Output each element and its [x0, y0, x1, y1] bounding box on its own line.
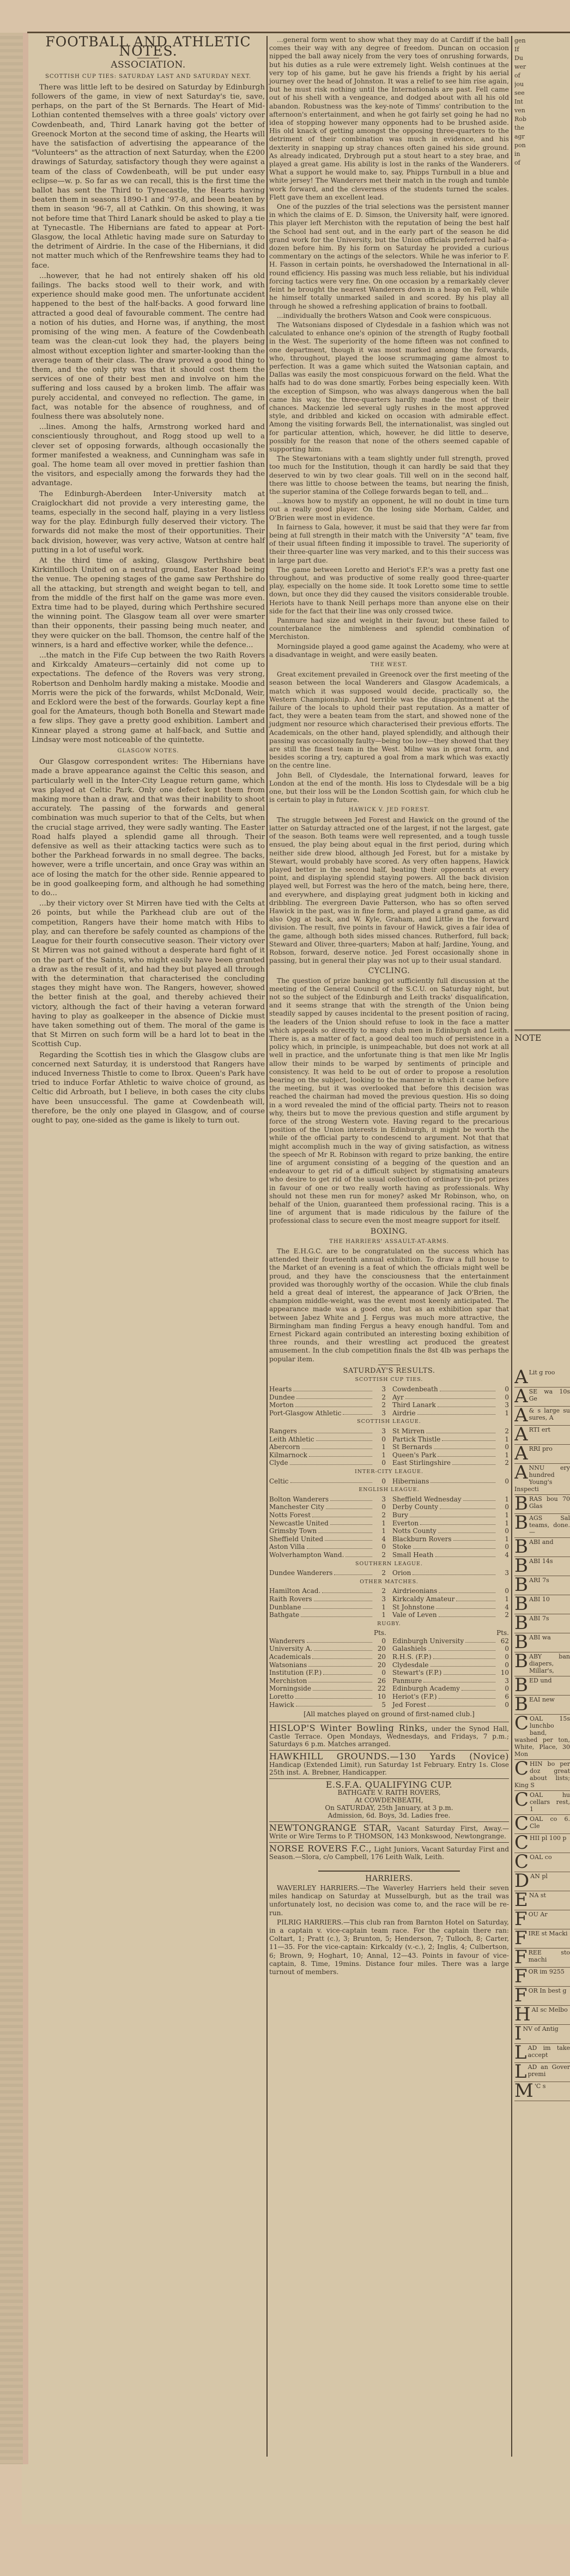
away-team: Notts County [392, 1527, 436, 1535]
drop-cap: B [514, 1558, 528, 1574]
leader-dots [453, 1535, 495, 1541]
away-team: Heriot's (F.P.) [392, 1693, 437, 1701]
drop-cap: F [514, 1968, 527, 1984]
away-team: St Bernards [392, 1443, 432, 1451]
cropped-text-fragment: gen [514, 37, 570, 44]
classified-ad-fragment: FOR In best g [514, 1987, 570, 2006]
pts-label: Pts. [374, 1629, 386, 1637]
home-score: 3 [374, 1427, 386, 1435]
away-score: 2 [497, 1459, 509, 1467]
leader-dots [290, 1459, 372, 1465]
classified-ad-fragment: FOR im 9255 [514, 1968, 570, 1987]
classified-ad-fragment: FOU Ar [514, 1910, 570, 1929]
classified-ad-fragment: FREE sto machi [514, 1948, 570, 1968]
leader-dots [296, 1701, 372, 1707]
divider [318, 1871, 460, 1872]
ad-text: NA st [529, 1892, 546, 1899]
ad-text: OAL co [530, 1854, 552, 1861]
cropped-text-fragment: see [514, 89, 570, 96]
ad-text: OAL hu cellars rest, 1 [530, 1791, 570, 1813]
section-heading-harriers: HARRIERS. [269, 1875, 509, 1883]
home-score: 2 [374, 1511, 386, 1519]
classified-ad-fragment: BAGS Sal teams, done.— [514, 1514, 570, 1538]
classified-ad-fragment: CHIN bo per doz great about lists; King … [514, 1760, 570, 1791]
leader-dots [465, 1637, 495, 1643]
away-score: 3 [497, 1569, 509, 1577]
drop-cap: A [514, 1388, 528, 1404]
away-score: 0 [497, 1661, 509, 1669]
away-team: Vale of Leven [392, 1611, 437, 1619]
leader-dots [313, 1685, 372, 1691]
drop-cap: A [514, 1369, 528, 1385]
leader-dots [323, 1669, 372, 1675]
away-team: Blackburn Rovers [392, 1535, 452, 1543]
column-rule [266, 36, 268, 2457]
page-title: FOOTBALL AND ATHLETIC NOTES. [32, 37, 265, 56]
leader-dots [436, 1603, 495, 1609]
leader-dots [430, 1477, 495, 1483]
article-paragraph: ...general form went to show what they m… [269, 36, 509, 202]
article-paragraph: The Watsonians disposed of Clydesdale in… [269, 321, 509, 454]
leader-dots [413, 1569, 495, 1575]
leader-dots [296, 1393, 372, 1399]
ad-text: AD im take accept [528, 2044, 570, 2059]
home-team: Morton [269, 1401, 294, 1409]
facing-page-edge [0, 33, 23, 2464]
leader-dots [314, 1595, 372, 1601]
away-score: 0 [497, 1645, 509, 1653]
leader-dots [452, 1459, 495, 1465]
drop-cap: D [514, 1873, 529, 1889]
drop-cap: B [514, 1495, 528, 1512]
subheading-glasgow-notes: GLASGOW NOTES. [32, 746, 265, 756]
ad-text: ABI 7s [529, 1615, 549, 1622]
cropped-text-fragment: ven [514, 107, 570, 114]
drop-cap: L [514, 2064, 527, 2080]
home-team: Institution (F.P.) [269, 1669, 322, 1677]
article-paragraph: At the third time of asking, Glasgow Per… [32, 556, 265, 650]
away-team: Everton [392, 1519, 419, 1528]
away-score: 1 [497, 1519, 509, 1528]
away-team: Clydesdale [392, 1661, 429, 1669]
home-team: Abercorn [269, 1443, 300, 1451]
leader-dots [334, 1569, 372, 1575]
away-team: St Johnstone [392, 1603, 434, 1612]
result-row: Aston Villa0Stoke0 [269, 1543, 509, 1551]
results-group-heading: SCOTTISH LEAGUE. [269, 1418, 509, 1426]
leader-dots [434, 1443, 495, 1449]
home-score: 22 [374, 1685, 386, 1693]
article-paragraph: Our Glasgow correspondent writes: The Hi… [32, 757, 265, 898]
drop-cap: B [514, 1539, 528, 1555]
cropped-text-fragment: in [514, 150, 570, 158]
classified-ad-fragment: ARRI pro [514, 1445, 570, 1464]
classified-ad: NORSE ROVERS F.C., Light Juniors, Vacant… [269, 1842, 509, 1863]
classified-ad-fragment: COAL co [514, 1853, 570, 1872]
result-row: Hawick5Jed Forest0 [269, 1701, 509, 1709]
article-paragraph: One of the puzzles of the trial selectio… [269, 203, 509, 311]
drop-cap: A [514, 1464, 528, 1481]
article-paragraph: WAVERLEY HARRIERS.—The Waverley Harriers… [269, 1884, 509, 1917]
ad-text: NV of Antig [523, 2025, 558, 2032]
article-paragraph: The game between Loretto and Heriot's F.… [269, 566, 509, 616]
away-score: 0 [497, 1477, 509, 1486]
ad-lead: HAWKHILL GROUNDS.—130 Yards (Novice) [269, 1751, 509, 1761]
home-score: 2 [374, 1393, 386, 1402]
classified-ad-fragment: ARTI ert [514, 1426, 570, 1445]
away-team: Stoke [392, 1543, 411, 1551]
classified-ad-fragment: CHII pl 100 p [514, 1834, 570, 1853]
esfa-title: E.S.F.A. QUALIFYING CUP. [269, 1781, 509, 1789]
away-score: 1 [497, 1535, 509, 1543]
ad-text: ABI 10 [529, 1596, 550, 1603]
drop-cap: A [514, 1426, 528, 1443]
ad-text: RRI pro [529, 1445, 553, 1452]
article-paragraph: The E.H.G.C. are to be congratulated on … [269, 1247, 509, 1364]
esfa-venue: At COWDENBEATH, [269, 1796, 509, 1804]
section-heading-association: ASSOCIATION. [32, 61, 265, 70]
article-paragraph: In fairness to Gala, however, it must be… [269, 523, 509, 565]
away-team: Galashiels [392, 1645, 427, 1653]
result-row: Morningside22Edinburgh Academy0 [269, 1685, 509, 1693]
ad-text: RAS bou 70 Glas [529, 1495, 570, 1510]
ad-text: AD an Gover premi [528, 2064, 570, 2078]
home-team: Notts Forest [269, 1511, 311, 1519]
away-team: Orion [392, 1569, 411, 1577]
away-team: Airdrieonians [392, 1587, 437, 1595]
esfa-cup-notice: E.S.F.A. QUALIFYING CUP. BATHGATE V. RAI… [269, 1778, 509, 1821]
drop-cap: F [514, 1949, 527, 1965]
away-score: 0 [497, 1527, 509, 1535]
leader-dots [318, 1527, 372, 1533]
away-score: 0 [497, 1503, 509, 1511]
home-team: Grimsby Town [269, 1527, 317, 1535]
home-score: 0 [374, 1459, 386, 1467]
home-team: Merchiston [269, 1677, 307, 1685]
away-score: 1 [497, 1511, 509, 1519]
drop-cap: A [514, 1445, 528, 1462]
home-score: 20 [374, 1653, 386, 1661]
away-team: Derby County [392, 1503, 438, 1511]
home-score: 1 [374, 1611, 386, 1619]
home-score: 1 [374, 1443, 386, 1451]
section-heading-cycling: CYCLING. [269, 967, 509, 975]
cropped-text-fragment: Int [514, 98, 570, 105]
classified-ad-fragment: BARI 7s [514, 1576, 570, 1595]
classified-ad-fragment: BRAS bou 70 Glas [514, 1495, 570, 1514]
leader-dots [302, 1443, 372, 1449]
classified-ad-fragment: BABI 10 [514, 1595, 570, 1614]
column-3-cropped: genIfDuwerofjouseeIntvenRobtheagrponinof… [514, 36, 570, 2473]
away-team: Ayr [392, 1393, 404, 1402]
article-paragraph: The Edinburgh-Aberdeen Inter-University … [32, 490, 265, 555]
away-team: Bury [392, 1511, 408, 1519]
drop-cap: B [514, 1596, 528, 1612]
away-score: 0 [497, 1701, 509, 1709]
result-row: Morton2Third Lanark3 [269, 1401, 509, 1409]
leader-dots [308, 1661, 372, 1667]
article-paragraph: The question of prize banking got suffic… [269, 977, 509, 1226]
result-row: Abercorn1St Bernards0 [269, 1443, 509, 1451]
result-row: Dundee Wanderers2Orion3 [269, 1569, 509, 1577]
leader-dots [308, 1677, 372, 1683]
leader-dots [322, 1587, 372, 1593]
home-score: 2 [374, 1551, 386, 1559]
classified-ad-fragment: BABI wa [514, 1633, 570, 1652]
column-2: ...general form went to show what they m… [269, 36, 509, 1977]
leader-dots [299, 1427, 372, 1433]
away-team: Jed Forest [392, 1701, 426, 1709]
cropped-text-fragment: pon [514, 142, 570, 149]
ad-text: ARI 7s [529, 1577, 549, 1584]
classified-ad-fragment: A& s large su sures, A [514, 1407, 570, 1426]
home-team: Hamilton Acad. [269, 1587, 320, 1595]
header-rule [27, 32, 570, 33]
home-team: Port-Glasgow Athletic [269, 1409, 341, 1417]
leader-dots [433, 1653, 495, 1659]
drop-cap: B [514, 1634, 528, 1650]
away-score: 0 [497, 1443, 509, 1451]
classified-ad-fragment: COAL hu cellars rest, 1 [514, 1791, 570, 1815]
home-team: Raith Rovers [269, 1595, 312, 1603]
home-score: 0 [374, 1503, 386, 1511]
home-score: 1 [374, 1519, 386, 1528]
article-paragraph: Regarding the Scottish ties in which the… [32, 1051, 265, 1126]
classified-ad-fragment: ALit g roo [514, 1368, 570, 1387]
result-row: Dunblane1St Johnstone4 [269, 1603, 509, 1612]
leader-dots [456, 1595, 495, 1601]
leader-dots [326, 1503, 372, 1509]
drop-cap: B [514, 1615, 528, 1631]
article-paragraph: PILRIG HARRIERS.—This club ran from Barn… [269, 1919, 509, 1976]
home-team: Celtic [269, 1477, 289, 1486]
home-team: Academicals [269, 1653, 311, 1661]
leader-dots [426, 1427, 495, 1433]
pts-header-row: Pts.Pts. [269, 1629, 509, 1637]
leader-dots [428, 1701, 495, 1707]
ad-text: ABI and [529, 1539, 554, 1546]
leader-dots [295, 1401, 372, 1407]
drop-cap: E [514, 1892, 528, 1908]
home-team: Loretto [269, 1693, 294, 1701]
drop-cap: C [514, 1760, 529, 1777]
home-score: 0 [374, 1637, 386, 1645]
classified-ad-fragment: M'C s [514, 2082, 570, 2101]
classified-ad-fragment: BABI and [514, 1538, 570, 1557]
home-team: Dundee Wanderers [269, 1569, 332, 1577]
article-paragraph: ...lines. Among the halfs, Armstrong wor… [32, 423, 265, 488]
article-paragraph: The struggle between Jed Forest and Hawi… [269, 816, 509, 966]
cropped-text-fragment: Rob [514, 116, 570, 123]
ad-lead: HISLOP'S Winter Bowling Rinks, [269, 1723, 428, 1733]
drop-cap: I [514, 2025, 522, 2042]
home-team: Manchester City [269, 1503, 324, 1511]
drop-cap: C [514, 1815, 529, 1832]
column-1: FOOTBALL AND ATHLETIC NOTES. ASSOCIATION… [32, 36, 265, 1126]
home-team: Bolton Wanderers [269, 1495, 329, 1504]
home-score: 20 [374, 1645, 386, 1653]
result-row: Wanderers0Edinburgh University62 [269, 1637, 509, 1645]
ad-body: Handicap (Extended Limit), run Saturday … [269, 1761, 509, 1776]
cropped-text-fragment: of [514, 159, 570, 166]
away-score: 6 [497, 1693, 509, 1701]
result-row: Wolverhampton Wand.2Small Heath4 [269, 1551, 509, 1559]
away-score: 0 [497, 1653, 509, 1661]
results-table: SATURDAY'S RESULTS. SCOTTISH CUP TIES.He… [269, 1367, 509, 1718]
drop-cap: C [514, 1715, 529, 1732]
leader-dots [303, 1603, 372, 1609]
away-team: Partick Thistle [392, 1435, 440, 1444]
cropped-text-fragment: the [514, 124, 570, 131]
home-score: 4 [374, 1535, 386, 1543]
classified-ad-fragment: HAI sc Melbo [514, 2006, 570, 2025]
classified-ad-fragment: INV of Antig [514, 2025, 570, 2044]
away-team: Queen's Park [392, 1451, 436, 1459]
leader-dots [462, 1685, 495, 1691]
result-row: Hamilton Acad.2Airdrieonians0 [269, 1587, 509, 1595]
classified-ad: HAWKHILL GROUNDS.—130 Yards (Novice) Han… [269, 1750, 509, 1778]
away-team: Panmure [392, 1677, 422, 1685]
away-score: 0 [497, 1385, 509, 1393]
home-score: 1 [374, 1603, 386, 1612]
leader-dots [444, 1669, 496, 1675]
drop-cap: H [514, 2006, 531, 2023]
classified-ad-fragment: DAN pl [514, 1872, 570, 1891]
drop-cap: F [514, 1930, 527, 1946]
away-team: St Mirren [392, 1427, 425, 1435]
result-row: Celtic0Hibernians0 [269, 1477, 509, 1486]
article-paragraph: The Stewartonians with a team slightly u… [269, 455, 509, 496]
result-row: Bolton Wanderers3Sheffield Wednesday1 [269, 1495, 509, 1504]
away-score: 0 [497, 1587, 509, 1595]
result-row: Kilmarnock1Queen's Park1 [269, 1451, 509, 1459]
away-score: 0 [497, 1543, 509, 1551]
drop-cap: B [514, 1577, 528, 1593]
ad-text: RTI ert [529, 1426, 550, 1433]
article-paragraph: ...however, that he had not entirely sha… [32, 272, 265, 421]
ad-text: ED und [529, 1677, 552, 1684]
ad-text: AGS Sal teams, done.— [529, 1515, 570, 1536]
leader-dots [440, 1503, 495, 1509]
home-score: 2 [374, 1569, 386, 1577]
leader-dots [435, 1551, 495, 1557]
home-score: 3 [374, 1409, 386, 1417]
home-team: Aston Villa [269, 1543, 305, 1551]
away-score: 1 [497, 1409, 509, 1417]
esfa-admission: Admission, 6d. Boys, 3d. Ladies free. [269, 1812, 509, 1819]
leader-dots [307, 1543, 372, 1549]
divider [378, 1365, 400, 1365]
article-paragraph: There was little left to be desired on S… [32, 83, 265, 270]
away-team: East Stirlingshire [392, 1459, 451, 1467]
away-score: 1 [497, 1451, 509, 1459]
away-score: 4 [497, 1603, 509, 1612]
esfa-match: BATHGATE V. RAITH ROVERS, [269, 1789, 509, 1796]
classified-ad-fragment: BABY ban diapers, Millar's, [514, 1652, 570, 1676]
home-team: Clyde [269, 1459, 288, 1467]
ad-text: IRE st Macki [529, 1930, 568, 1937]
ad-lead: NEWTONGRANGE STAR, [269, 1823, 391, 1833]
home-team: Sheffield United [269, 1535, 323, 1543]
drop-cap: L [514, 2044, 527, 2061]
leader-dots [428, 1645, 495, 1651]
leader-dots [405, 1393, 495, 1399]
leader-dots [420, 1519, 495, 1525]
away-team: R.H.S. (F.P.) [392, 1653, 432, 1661]
classified-ad-fragment: BED und [514, 1676, 570, 1696]
classified-ad: NEWTONGRANGE STAR, Vacant Saturday First… [269, 1821, 509, 1842]
classified-ad-fragment: BABI 7s [514, 1614, 570, 1633]
home-team: Kilmarnock [269, 1451, 307, 1459]
results-note: [All matches played on ground of first-n… [269, 1710, 509, 1718]
leader-dots [463, 1495, 495, 1501]
home-score: 0 [374, 1477, 386, 1486]
leader-dots [439, 1611, 495, 1617]
leader-dots [312, 1653, 372, 1659]
ad-text: ABI wa [529, 1634, 551, 1641]
home-team: Wanderers [269, 1637, 305, 1645]
article-paragraph: ...individually the brothers Watson and … [269, 312, 509, 320]
cropped-text-fragment: Du [514, 55, 570, 62]
away-score: 4 [497, 1551, 509, 1559]
result-row: Bathgate1Vale of Leven2 [269, 1611, 509, 1619]
leader-dots [343, 1409, 372, 1415]
home-team: Wolverhampton Wand. [269, 1551, 344, 1559]
drop-cap: F [514, 1987, 527, 2004]
leader-dots [314, 1645, 372, 1651]
article-paragraph: Panmure had size and weight in their fav… [269, 617, 509, 642]
classified-ad-fragment: BEAI new [514, 1696, 570, 1715]
cropped-text-fragment: If [514, 46, 570, 53]
away-score: 1 [497, 1495, 509, 1504]
result-row: Watsonians20Clydesdale0 [269, 1661, 509, 1669]
home-team: Hawick [269, 1701, 294, 1709]
result-row: Merchiston26Panmure3 [269, 1677, 509, 1685]
away-team: Airdrie [392, 1409, 416, 1417]
ad-text: HII pl 100 p [530, 1835, 566, 1842]
drop-cap: B [514, 1515, 528, 1531]
results-group-heading: OTHER MATCHES. [269, 1578, 509, 1586]
home-score: 3 [374, 1385, 386, 1393]
pts-label: Pts. [494, 1629, 509, 1637]
home-score: 0 [374, 1435, 386, 1444]
cropped-text-fragment: agr [514, 133, 570, 140]
ad-text: REE sto machi [529, 1949, 570, 1963]
away-team: Edinburgh Academy [392, 1685, 460, 1693]
ad-text: OAL co 6. Cle [530, 1815, 570, 1830]
binding-gutter [23, 33, 28, 2464]
away-score: 10 [497, 1669, 509, 1677]
home-score: 3 [374, 1495, 386, 1504]
leader-dots [423, 1677, 495, 1683]
result-row: Raith Rovers3Kirkcaldy Amateur1 [269, 1595, 509, 1603]
result-row: Newcastle United1Everton1 [269, 1519, 509, 1528]
ad-text: OR In best g [529, 1987, 567, 1994]
leader-dots [293, 1385, 372, 1391]
result-row: Leith Athletic0Partick Thistle1 [269, 1435, 509, 1444]
drop-cap: C [514, 1854, 529, 1870]
home-score: 3 [374, 1595, 386, 1603]
away-score: 0 [497, 1685, 509, 1693]
home-team: Leith Athletic [269, 1435, 314, 1444]
section-heading-boxing: BOXING. [269, 1228, 509, 1236]
leader-dots [290, 1477, 372, 1483]
home-score: 10 [374, 1693, 386, 1701]
leader-dots [442, 1435, 495, 1441]
result-row: University A.20Galashiels0 [269, 1645, 509, 1653]
classified-ad-fragment: FIRE st Macki [514, 1929, 570, 1948]
article-paragraph: Great excitement prevailed in Greenock o… [269, 671, 509, 770]
